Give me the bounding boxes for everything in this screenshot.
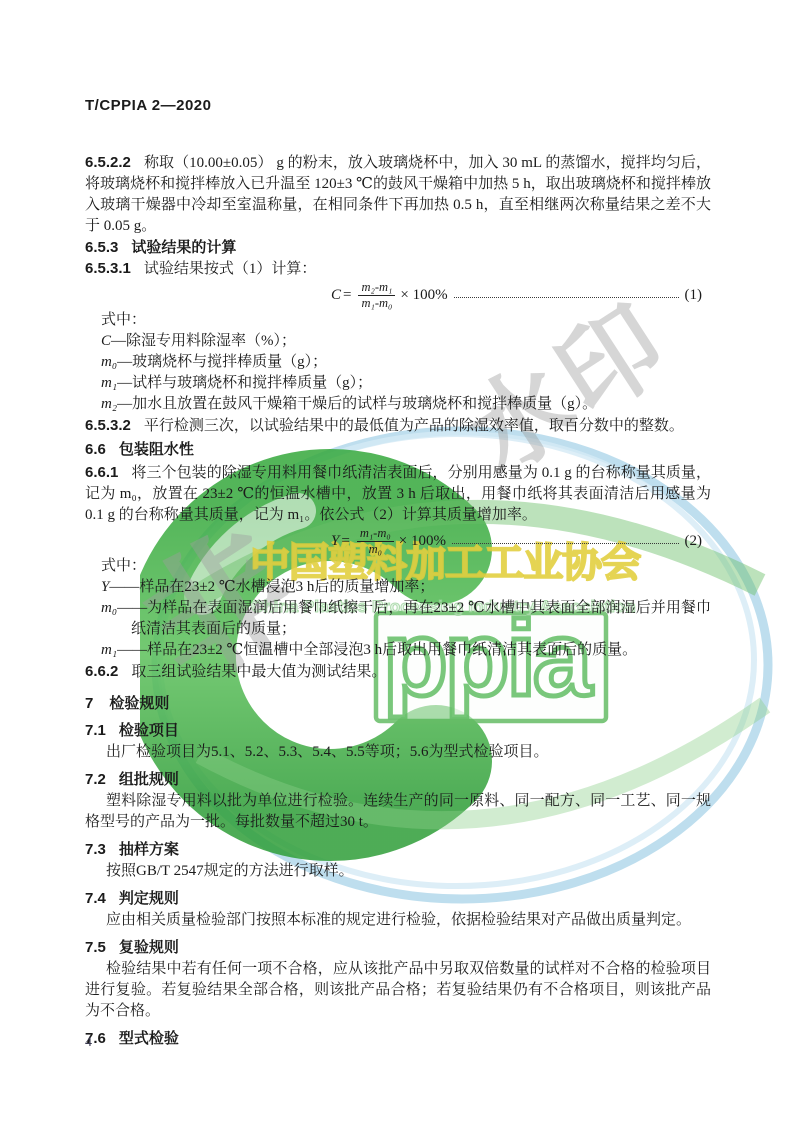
equals-sign: = <box>341 531 349 552</box>
heading-7-5: 7.5复验规则 <box>85 937 711 958</box>
heading-6-5-3: 6.5.3试验结果的计算 <box>85 237 711 258</box>
clause-6-6-2: 6.6.2取三组试验结果中最大值为测试结果。 <box>85 661 711 683</box>
heading-7: 7检验规则 <box>85 693 711 714</box>
formula-1-lhs: C <box>331 285 341 306</box>
definition-m0-2: m₀——为样品在表面湿润后用餐巾纸擦干后，再在23±2 ℃水槽中其表面全部润湿后… <box>85 598 711 640</box>
formula-1-fraction: m₂-m₁ m₁-m₀ <box>358 281 395 310</box>
paragraph-7-1: 出厂检验项目为5.1、5.2、5.3、5.4、5.5等项；5.6为型式检验项目。 <box>85 742 711 763</box>
definition-m1: m₁—试样与玻璃烧杯和搅拌棒质量（g）； <box>85 373 711 394</box>
document-page: 非 水印 中国塑料加工工业协会 China Plastics Processin… <box>0 0 793 1122</box>
heading-7-4: 7.4判定规则 <box>85 888 711 909</box>
heading-7-2: 7.2组批规则 <box>85 769 711 790</box>
heading-7-1: 7.1检验项目 <box>85 720 711 741</box>
paragraph-7-5: 检验结果中若有任何一项不合格，应从该批产品中另取双倍数量的试样对不合格的检验项目… <box>85 959 711 1022</box>
formula-2-lhs: Y <box>331 531 339 552</box>
paragraph-7-4: 应由相关质量检验部门按照本标准的规定进行检验，依据检验结果对产品做出质量判定。 <box>85 910 711 931</box>
shizhong-label-2: 式中： <box>85 556 711 577</box>
formula-1-multiplier: × 100% <box>400 285 447 306</box>
paragraph-7-3: 按照GB/T 2547规定的方法进行取样。 <box>85 861 711 882</box>
numerator: m₁-m₀ <box>357 527 394 542</box>
dotted-leader <box>452 543 679 544</box>
numerator: m₂-m₁ <box>358 281 395 296</box>
heading-7-6: 7.6型式检验 <box>85 1028 711 1049</box>
heading-6-6: 6.6包装阻水性 <box>85 439 711 460</box>
heading-7-3: 7.3抽样方案 <box>85 839 711 860</box>
formula-2-tag: (2) <box>685 531 703 552</box>
clause-6-5-2-2: 6.5.2.2称取（10.00±0.05） g 的粉末，放入玻璃烧杯中，加入 3… <box>85 152 711 237</box>
shizhong-label-1: 式中： <box>85 310 711 331</box>
page-number: 4 <box>85 1032 92 1053</box>
formula-2-multiplier: × 100% <box>399 531 446 552</box>
definition-C: C—除湿专用料除湿率（%）； <box>85 331 711 352</box>
denominator: m₀ <box>357 542 394 556</box>
definition-m2: m₂—加水且放置在鼓风干燥箱干燥后的试样与玻璃烧杯和搅拌棒质量（g）。 <box>85 394 711 415</box>
formula-1-tag: (1) <box>685 285 703 306</box>
document-content: T/CPPIA 2—2020 6.5.2.2称取（10.00±0.05） g 的… <box>85 0 711 1122</box>
formula-2-fraction: m₁-m₀ m₀ <box>357 527 394 556</box>
clause-text: 称取（10.00±0.05） g 的粉末，放入玻璃烧杯中，加入 30 mL 的蒸… <box>85 155 711 234</box>
clause-number: 6.5.2.2 <box>85 154 131 171</box>
denominator: m₁-m₀ <box>358 296 395 310</box>
formula-1: C = m₂-m₁ m₁-m₀ × 100% (1) <box>85 280 711 310</box>
paragraph-7-2: 塑料除湿专用料以批为单位进行检验。连续生产的同一原料、同一配方、同一工艺、同一规… <box>85 791 711 833</box>
dotted-leader <box>454 297 679 298</box>
definition-Y: Y——样品在23±2 ℃水槽浸泡3 h后的质量增加率； <box>85 577 711 598</box>
clause-6-5-3-2: 6.5.3.2平行检测三次，以试验结果中的最低值为产品的除湿效率值，取百分数中的… <box>85 415 711 437</box>
standard-number-header: T/CPPIA 2—2020 <box>85 95 711 116</box>
formula-2: Y = m₁-m₀ m₀ × 100% (2) <box>85 526 711 556</box>
clause-6-5-3-1: 6.5.3.1试验结果按式（1）计算： <box>85 258 711 280</box>
equals-sign: = <box>343 285 351 306</box>
definition-m1-2: m₁——样品在23±2 ℃恒温槽中全部浸泡3 h后取出用餐巾纸清洁其表面后的质量… <box>85 640 711 661</box>
definition-m0: m₀—玻璃烧杯与搅拌棒质量（g）； <box>85 352 711 373</box>
clause-6-6-1: 6.6.1将三个包装的除湿专用料用餐巾纸清洁表面后，分别用感量为 0.1 g 的… <box>85 462 711 526</box>
